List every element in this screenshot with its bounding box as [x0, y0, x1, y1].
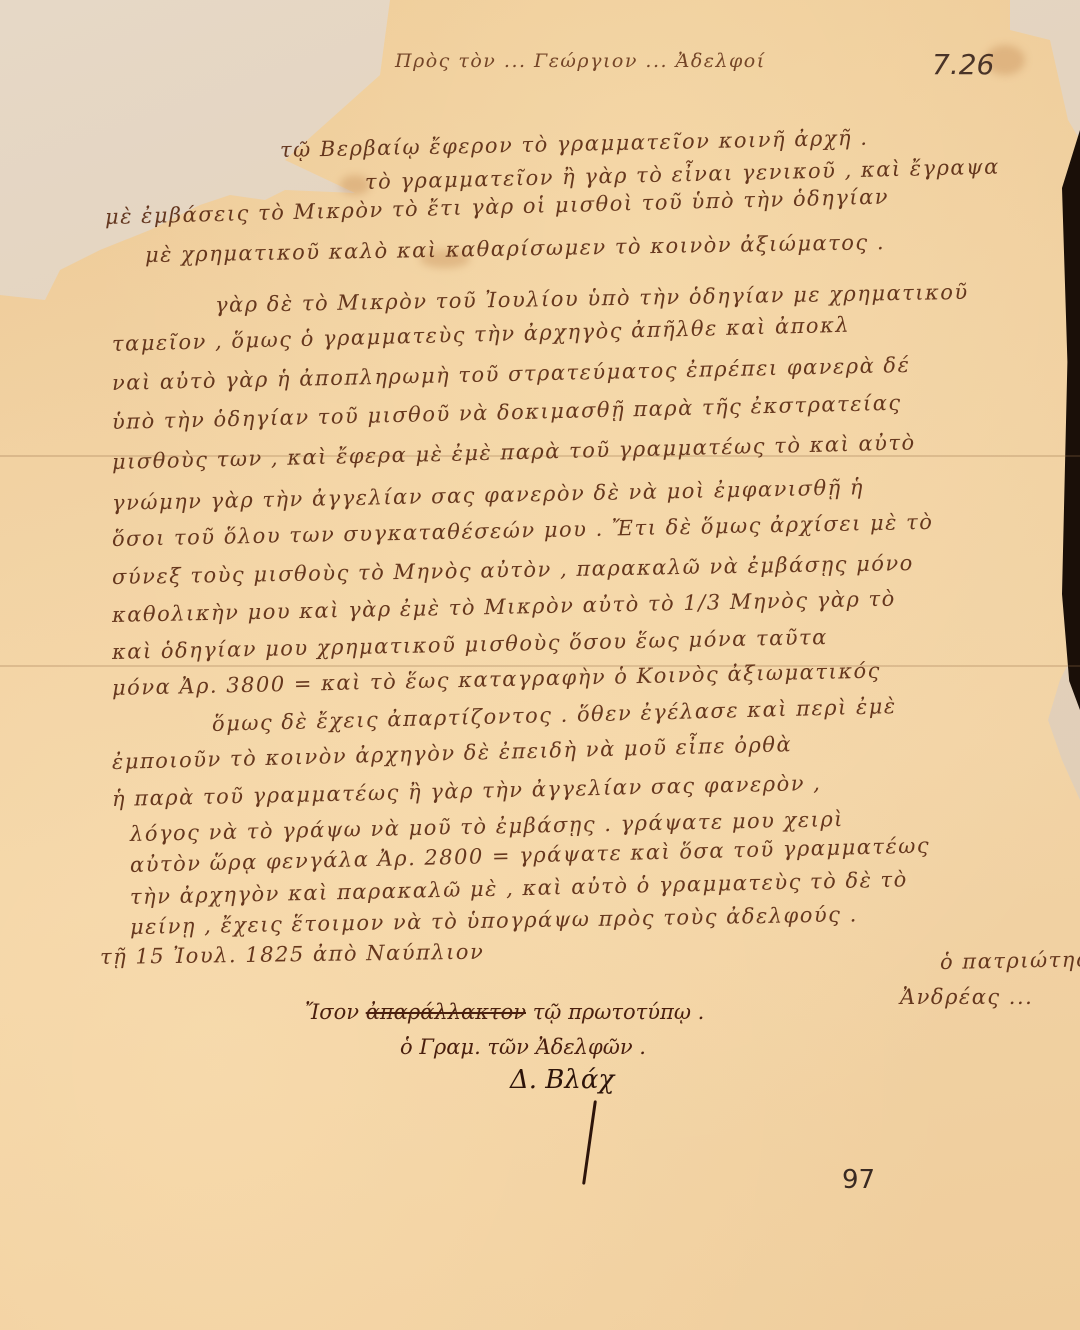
postscript-prefix: Ἴσον — [305, 1000, 359, 1024]
struck-word: ἀπαράλλακτον — [366, 1000, 526, 1024]
closing-salutation: ὁ πατριώτης — [940, 947, 1080, 974]
postscript-suffix: τῷ πρωτοτύπῳ . — [533, 1000, 705, 1024]
folio-number: 7.26 — [932, 48, 994, 81]
page-number: 97 — [842, 1165, 875, 1195]
postscript-line-1: Ἴσον ἀπαράλλακτον τῷ πρωτοτύπῳ . — [305, 1000, 704, 1024]
signature: Δ. Βλάχ — [510, 1065, 614, 1095]
closing-name: Ἀνδρέας ... — [900, 985, 1033, 1009]
letter-address: Πρὸς τὸν ... Γεώργιον ... Ἀδελφοί — [395, 50, 766, 72]
postscript-line-2: ὁ Γραμ. τῶν Ἀδελφῶν . — [400, 1035, 646, 1059]
